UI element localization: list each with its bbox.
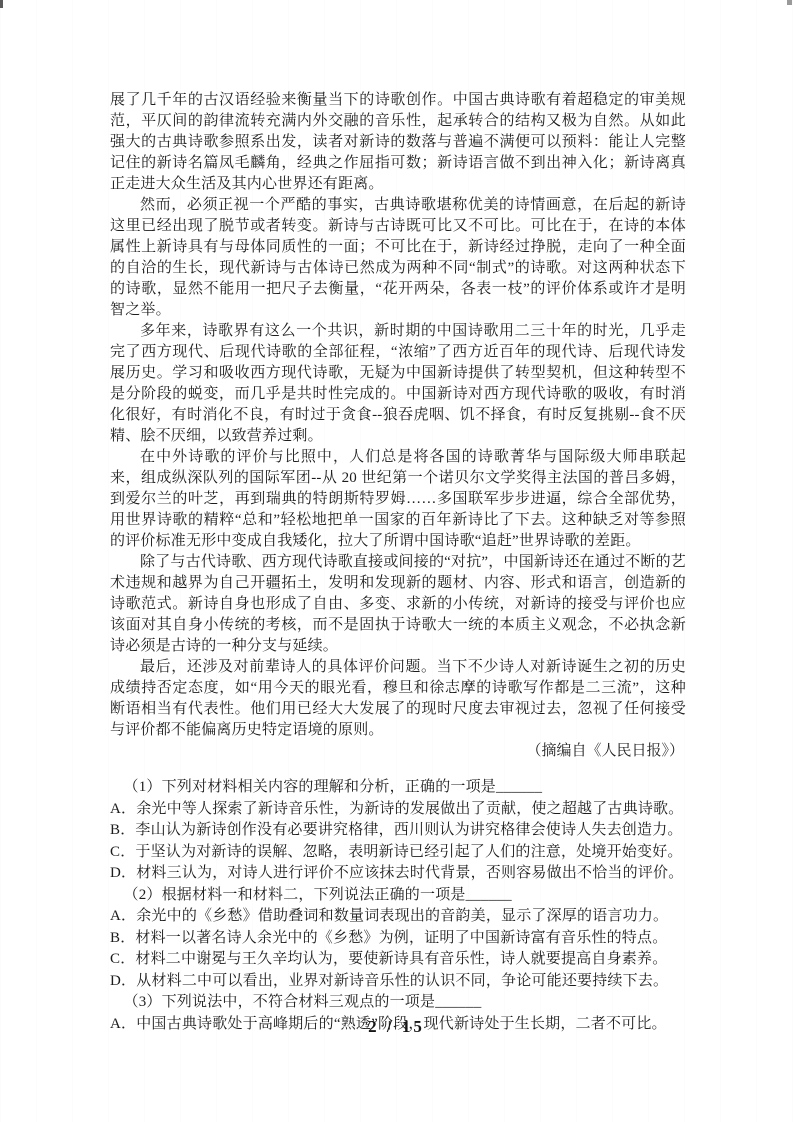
- questions-section: （1）下列对材料相关内容的理解和分析，正确的一项是______ A．余光中等人探…: [110, 777, 686, 1035]
- body-paragraph: 除了与古代诗歌、西方现代诗歌直接或间接的“对抗”，中国新诗还在通过不断的艺术违规…: [110, 552, 686, 657]
- source-attribution: （摘编自《人民日报》）: [110, 741, 686, 762]
- body-paragraph: 展了几千年的古汉语经验来衡量当下的诗歌创作。中国古典诗歌有着超稳定的审美规范，平…: [110, 90, 686, 195]
- question-1-option-b: B．李山认为新诗创作没有必要讲究格律，西川则认为讲究格律会使诗人失去创造力。: [110, 820, 686, 842]
- question-1-stem: （1）下列对材料相关内容的理解和分析，正确的一项是______: [110, 777, 686, 799]
- question-1-option-d: D．材料三认为，对诗人进行评价不应该抹去时代背景，否则容易做出不恰当的评价。: [110, 863, 686, 885]
- body-paragraph: 最后，还涉及对前辈诗人的具体评价问题。当下不少诗人对新诗诞生之初的历史成绩持否定…: [110, 657, 686, 741]
- question-2-option-b: B．材料一以著名诗人余光中的《乡愁》为例，证明了中国新诗富有音乐性的特点。: [110, 928, 686, 950]
- body-paragraph: 多年来，诗歌界有这么一个共识，新时期的中国诗歌用二三十年的时光，几乎走完了西方现…: [110, 321, 686, 447]
- question-1-option-c: C．于坚认为对新诗的误解、忽略，表明新诗已经引起了人们的注意，处境开始变好。: [110, 842, 686, 864]
- body-paragraph: 然而，必须正视一个严酷的事实，古典诗歌堪称优美的诗情画意，在后起的新诗这里已经出…: [110, 195, 686, 321]
- question-2-stem: （2）根据材料一和材料二，下列说法正确的一项是______: [110, 885, 686, 907]
- scan-corner-mark-top-right: [787, 0, 792, 5]
- body-paragraph: 在中外诗歌的评价与比照中，人们总是将各国的诗歌菁华与国际级大师串联起来，组成纵深…: [110, 447, 686, 552]
- question-3-stem: （3）下列说法中，不符合材料三观点的一项是______: [110, 992, 686, 1014]
- document-page: 展了几千年的古汉语经验来衡量当下的诗歌创作。中国古典诗歌有着超稳定的审美规范，平…: [0, 0, 793, 1122]
- scan-corner-mark-top-left: [0, 0, 3, 8]
- question-1-option-a: A．余光中等人探索了新诗音乐性，为新诗的发展做出了贡献，使之超越了古典诗歌。: [110, 799, 686, 821]
- question-2-option-a: A．余光中的《乡愁》借助叠词和数量词表现出的音韵美，显示了深厚的语言功力。: [110, 906, 686, 928]
- question-2-option-c: C．材料二中谢冕与王久辛均认为，要使新诗具有音乐性，诗人就要提高自身素养。: [110, 949, 686, 971]
- page-number: 2 / 15: [0, 1017, 793, 1037]
- document-content: 展了几千年的古汉语经验来衡量当下的诗歌创作。中国古典诗歌有着超稳定的审美规范，平…: [110, 90, 686, 1035]
- question-2-option-d: D．从材料二中可以看出，业界对新诗音乐性的认识不同，争论可能还要持续下去。: [110, 971, 686, 993]
